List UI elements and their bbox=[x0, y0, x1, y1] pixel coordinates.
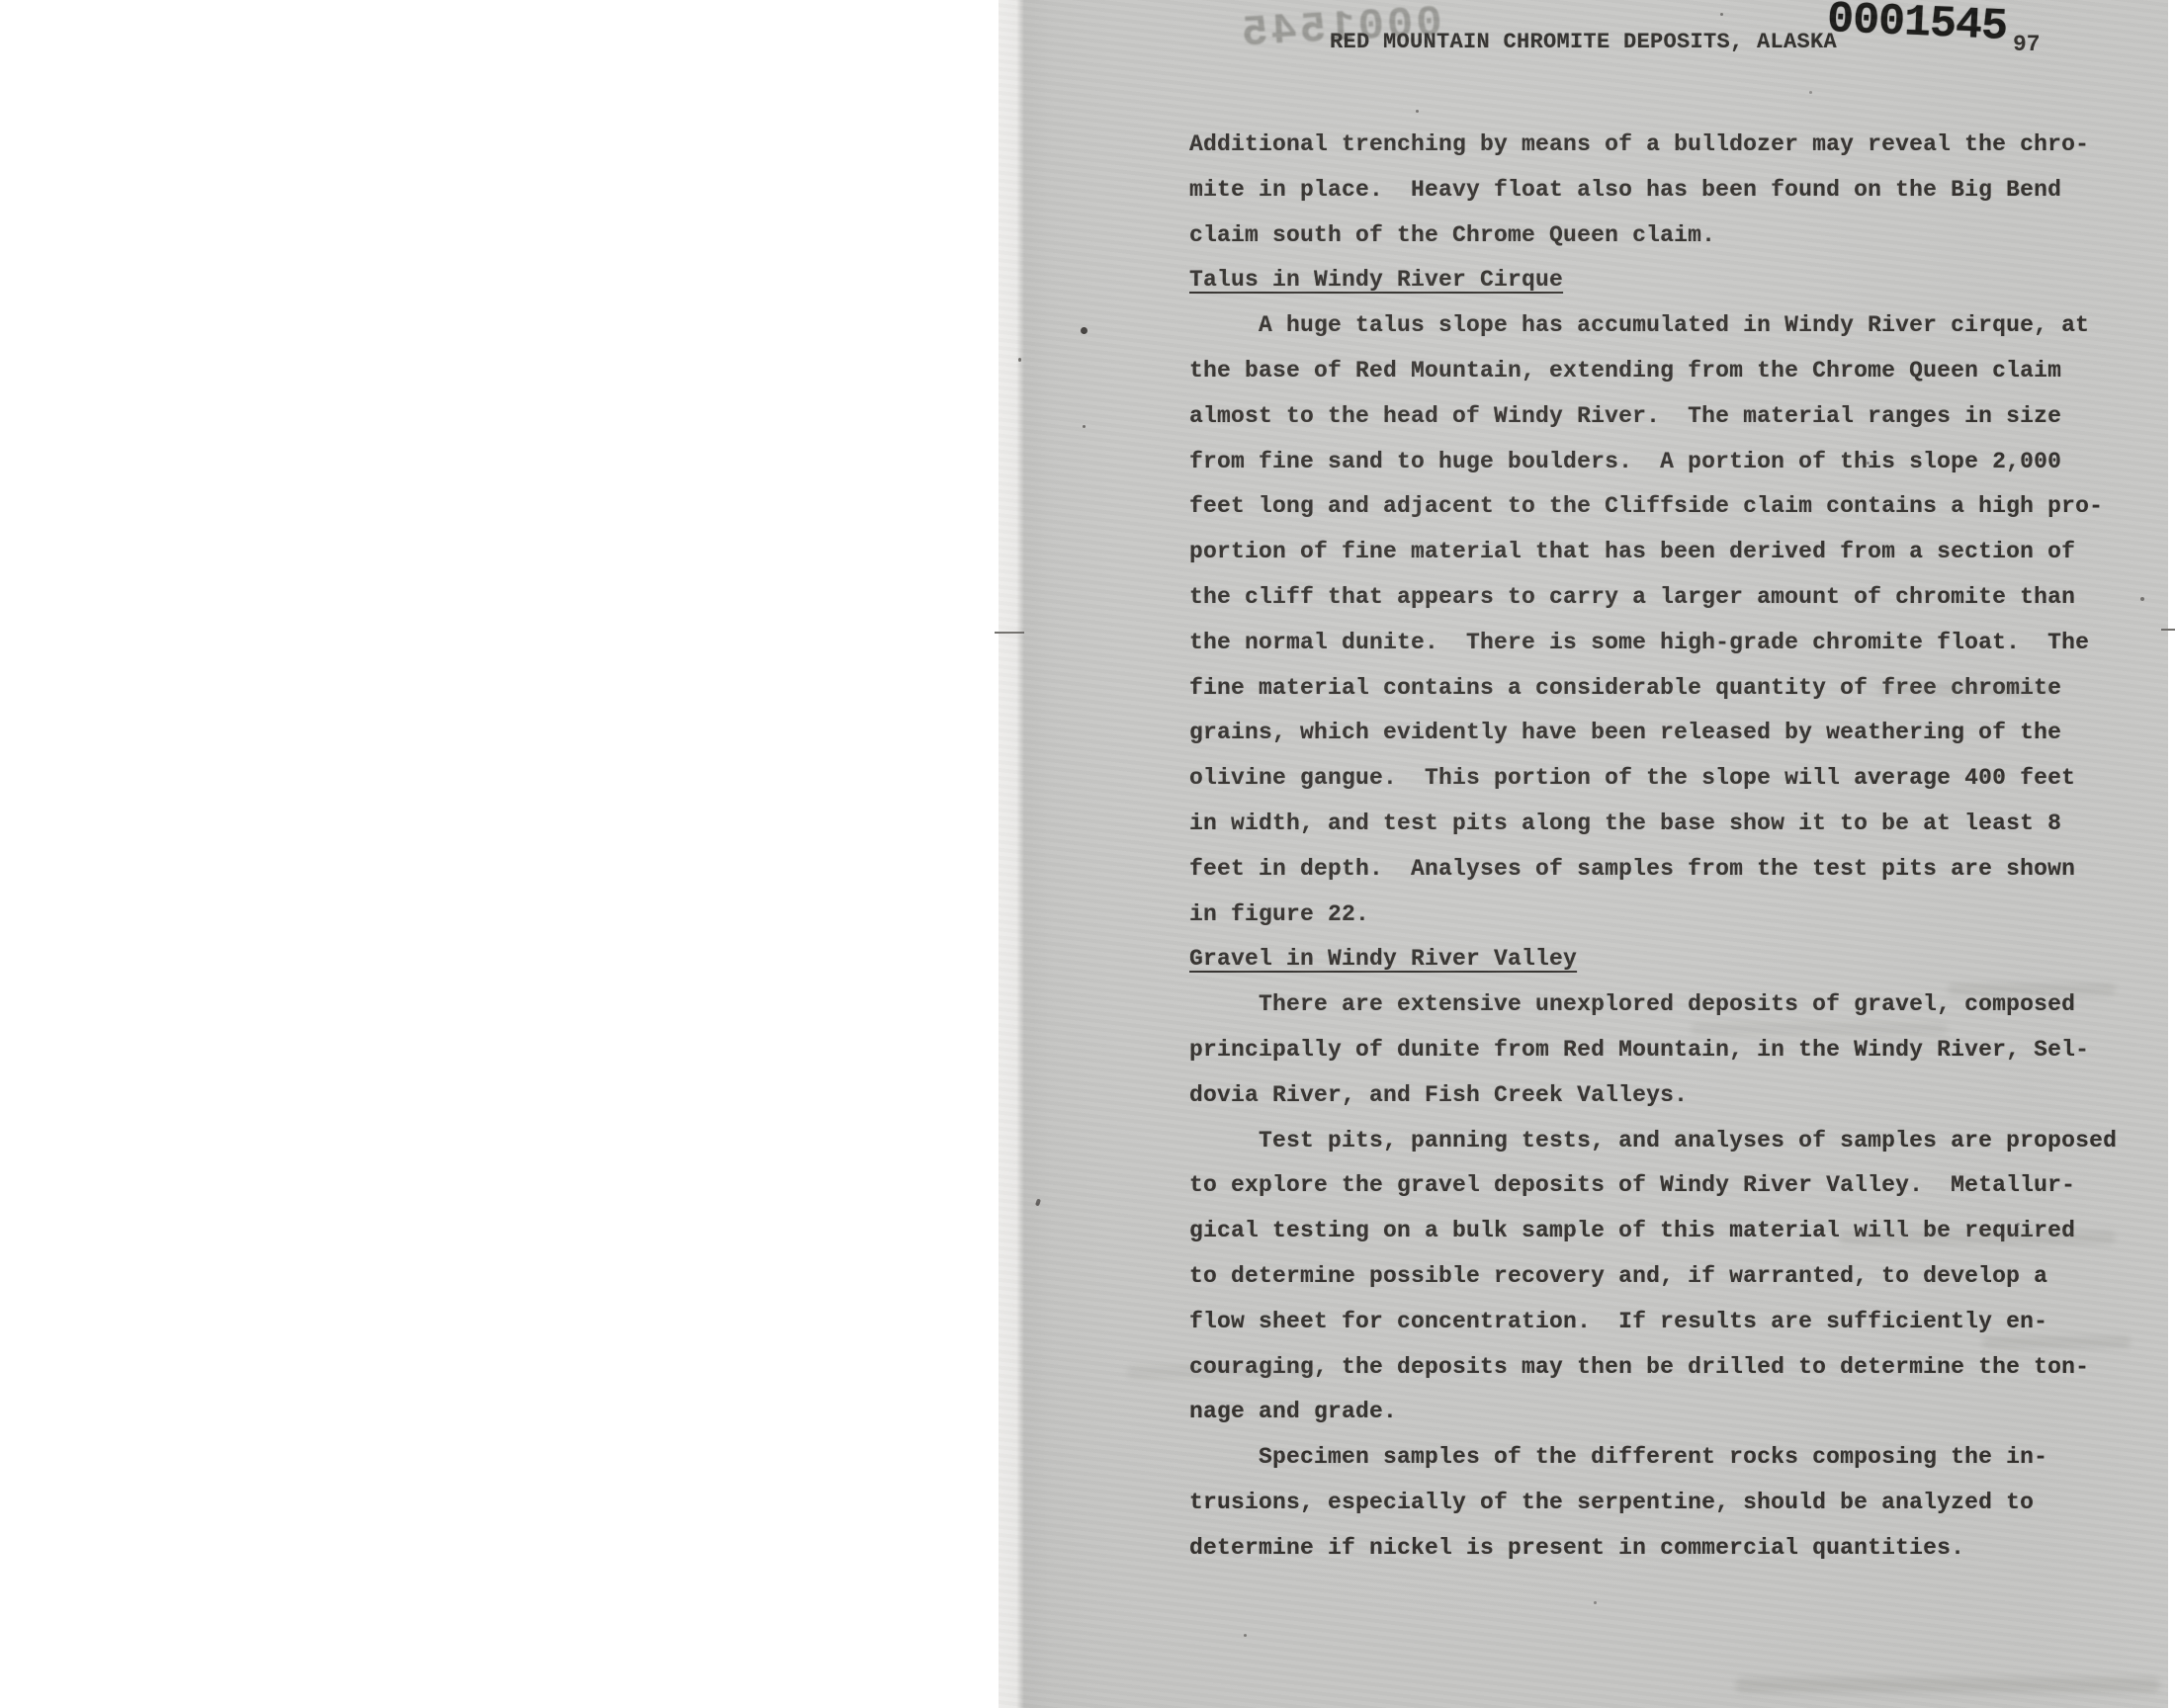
scan-canvas: 0001545 0001545 RED MOUNTAIN CHROMITE DE… bbox=[0, 0, 2175, 1708]
left-edge-tick-mark bbox=[995, 632, 1024, 634]
text-line: in figure 22. bbox=[1189, 893, 2138, 938]
document-body: Additional trenching by means of a bulld… bbox=[1189, 123, 2138, 1572]
text-line: Additional trenching by means of a bulld… bbox=[1189, 123, 2138, 168]
paper-speck bbox=[1083, 425, 1086, 428]
text-line: portion of fine material that has been d… bbox=[1189, 530, 2138, 575]
text-line: almost to the head of Windy River. The m… bbox=[1189, 394, 2138, 440]
paper-speck bbox=[2017, 1223, 2020, 1226]
text-line: claim south of the Chrome Queen claim. bbox=[1189, 213, 2138, 259]
text-line: from fine sand to huge boulders. A porti… bbox=[1189, 440, 2138, 485]
text-line: the cliff that appears to carry a larger… bbox=[1189, 575, 2138, 621]
paper-speck bbox=[1720, 13, 1723, 16]
paper-speck bbox=[1081, 327, 1087, 334]
bleedthrough-smudge bbox=[1839, 1231, 2116, 1244]
text-line: nage and grade. bbox=[1189, 1390, 2138, 1435]
section-heading-gravel: Gravel in Windy River Valley bbox=[1189, 937, 2138, 982]
text-line: determine if nickel is present in commer… bbox=[1189, 1526, 2138, 1572]
bleedthrough-smudge bbox=[1878, 682, 2056, 696]
right-edge-tick-mark bbox=[2161, 629, 2175, 631]
paper-speck bbox=[1867, 462, 1870, 465]
text-line: feet long and adjacent to the Cliffside … bbox=[1189, 484, 2138, 530]
paper-speck bbox=[1035, 1199, 1041, 1207]
text-line: A huge talus slope has accumulated in Wi… bbox=[1189, 303, 2138, 349]
text-line: olivine gangue. This portion of the slop… bbox=[1189, 756, 2138, 802]
bleedthrough-smudge bbox=[1127, 1366, 1315, 1378]
text-line: Test pits, panning tests, and analyses o… bbox=[1189, 1119, 2138, 1164]
text-line: to determine possible recovery and, if w… bbox=[1189, 1254, 2138, 1300]
paper-speck bbox=[1244, 1634, 1247, 1637]
text-line: grains, which evidently have been releas… bbox=[1189, 711, 2138, 756]
section-heading-talus: Talus in Windy River Cirque bbox=[1189, 258, 2138, 303]
text-line: trusions, especially of the serpentine, … bbox=[1189, 1481, 2138, 1526]
bleedthrough-smudge bbox=[1691, 1023, 1948, 1035]
paper-speck bbox=[1594, 1601, 1597, 1604]
paper-speck bbox=[2140, 597, 2144, 601]
scanned-page: 0001545 0001545 RED MOUNTAIN CHROMITE DE… bbox=[999, 0, 2168, 1708]
text-line: dovia River, and Fish Creek Valleys. bbox=[1189, 1073, 2138, 1119]
text-line: the normal dunite. There is some high-gr… bbox=[1189, 621, 2138, 666]
bleedthrough-smudge bbox=[1948, 983, 2116, 995]
running-header: RED MOUNTAIN CHROMITE DEPOSITS, ALASKA bbox=[999, 30, 2168, 54]
paper-speck bbox=[1018, 358, 1021, 362]
text-line: principally of dunite from Red Mountain,… bbox=[1189, 1028, 2138, 1073]
text-line: feet in depth. Analyses of samples from … bbox=[1189, 847, 2138, 893]
bleedthrough-smudge bbox=[1735, 1677, 2160, 1693]
page-number: 97 bbox=[2013, 32, 2041, 57]
text-line: Specimen samples of the different rocks … bbox=[1189, 1435, 2138, 1481]
text-line: the base of Red Mountain, extending from… bbox=[1189, 349, 2138, 394]
paper-speck bbox=[1809, 91, 1812, 94]
bleedthrough-smudge bbox=[1982, 1336, 2131, 1348]
text-line: in width, and test pits along the base s… bbox=[1189, 802, 2138, 847]
text-line: couraging, the deposits may then be dril… bbox=[1189, 1345, 2138, 1391]
text-line: mite in place. Heavy float also has been… bbox=[1189, 168, 2138, 213]
text-line: to explore the gravel deposits of Windy … bbox=[1189, 1163, 2138, 1209]
paper-speck bbox=[1416, 110, 1419, 113]
